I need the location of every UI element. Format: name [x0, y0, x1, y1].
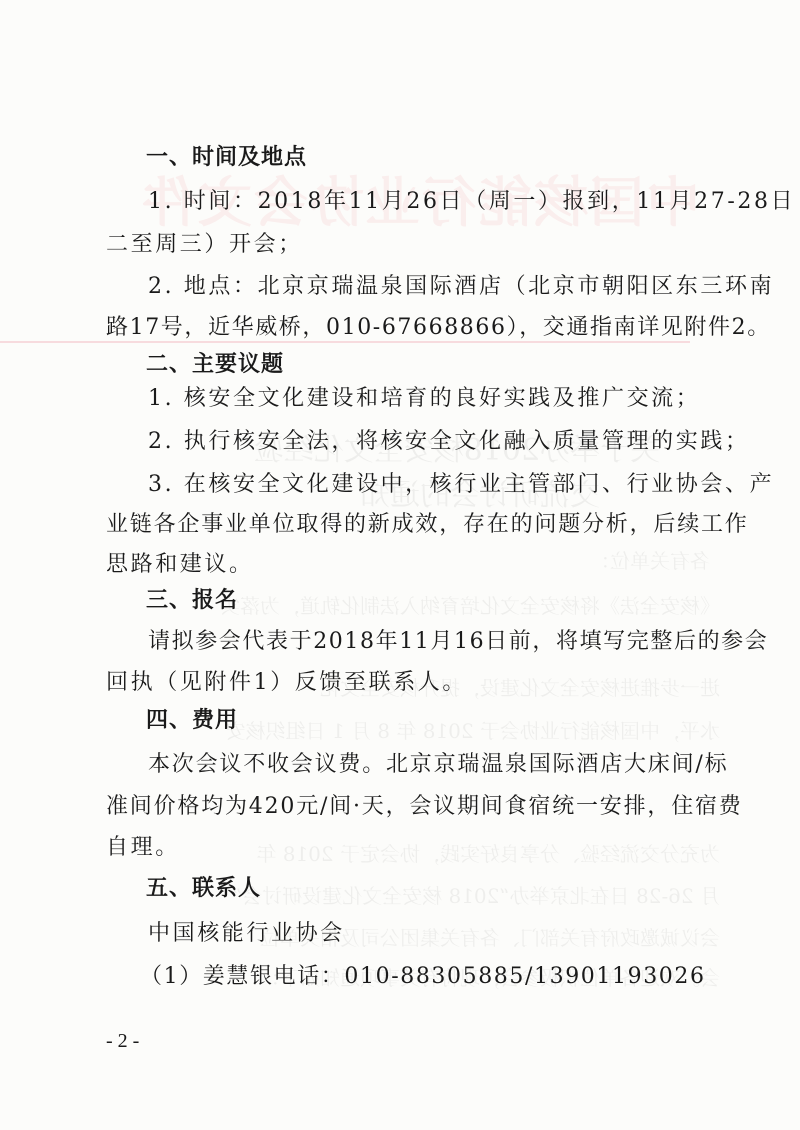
paragraph-line: 路17号，近华威桥，010-67668866），交通指南详见附件2。 [106, 313, 771, 343]
paragraph-line: 准间价格均为420元/间·天，会议期间食宿统一安排，住宿费 [106, 792, 743, 822]
paragraph-line: 1. 核安全文化建设和培育的良好实践及推广交流； [148, 384, 700, 414]
section-heading-fees: 四、费用 [146, 706, 238, 736]
paragraph-line: 1. 时间：2018年11月26日（周一）报到，11月27-28日（周 [148, 187, 800, 217]
section-heading-contacts: 五、联系人 [146, 874, 261, 904]
paragraph-line: 3. 在核安全文化建设中，核行业主管部门、行业协会、产 [148, 470, 774, 500]
paragraph-line: 自理。 [106, 833, 180, 863]
contact-organization: 中国核能行业协会 [148, 919, 345, 949]
scanned-page: 中国核能行业协会文件 关于举办2018核安全文化经验 交流研讨会的通知 各有关单… [0, 0, 800, 1130]
bleed-through-line: 各有关单位： [590, 545, 710, 574]
bleed-through-line: 为充分交流经验、分享良好实践，协会定于 2018 年 [100, 838, 720, 867]
section-heading-main-topics: 二、主要议题 [146, 350, 284, 380]
paragraph-line: 2. 执行核安全法，将核安全文化融入质量管理的实践； [148, 427, 750, 457]
paragraph-line: 本次会议不收会议费。北京京瑞温泉国际酒店大床间/标 [148, 750, 728, 780]
section-heading-registration: 三、报名 [146, 586, 238, 616]
paragraph-line: 请拟参会代表于2018年11月16日前，将填写完整后的参会 [148, 627, 768, 657]
paragraph-line: 2. 地点：北京京瑞温泉国际酒店（北京市朝阳区东三环南 [148, 272, 774, 302]
paragraph-line: 二至周三）开会； [106, 230, 303, 260]
paragraph-line: 思路和建议。 [106, 550, 254, 580]
contact-phone: （1）姜慧银电话：010-88305885/13901193026 [140, 962, 706, 992]
paragraph-line: 回执（见附件1）反馈至联系人。 [106, 668, 467, 698]
page-number: - 2 - [106, 1030, 139, 1053]
paragraph-line: 业链各企事业单位取得的新成效，存在的问题分析，后续工作 [106, 510, 749, 540]
section-heading-time-location: 一、时间及地点 [146, 143, 307, 173]
